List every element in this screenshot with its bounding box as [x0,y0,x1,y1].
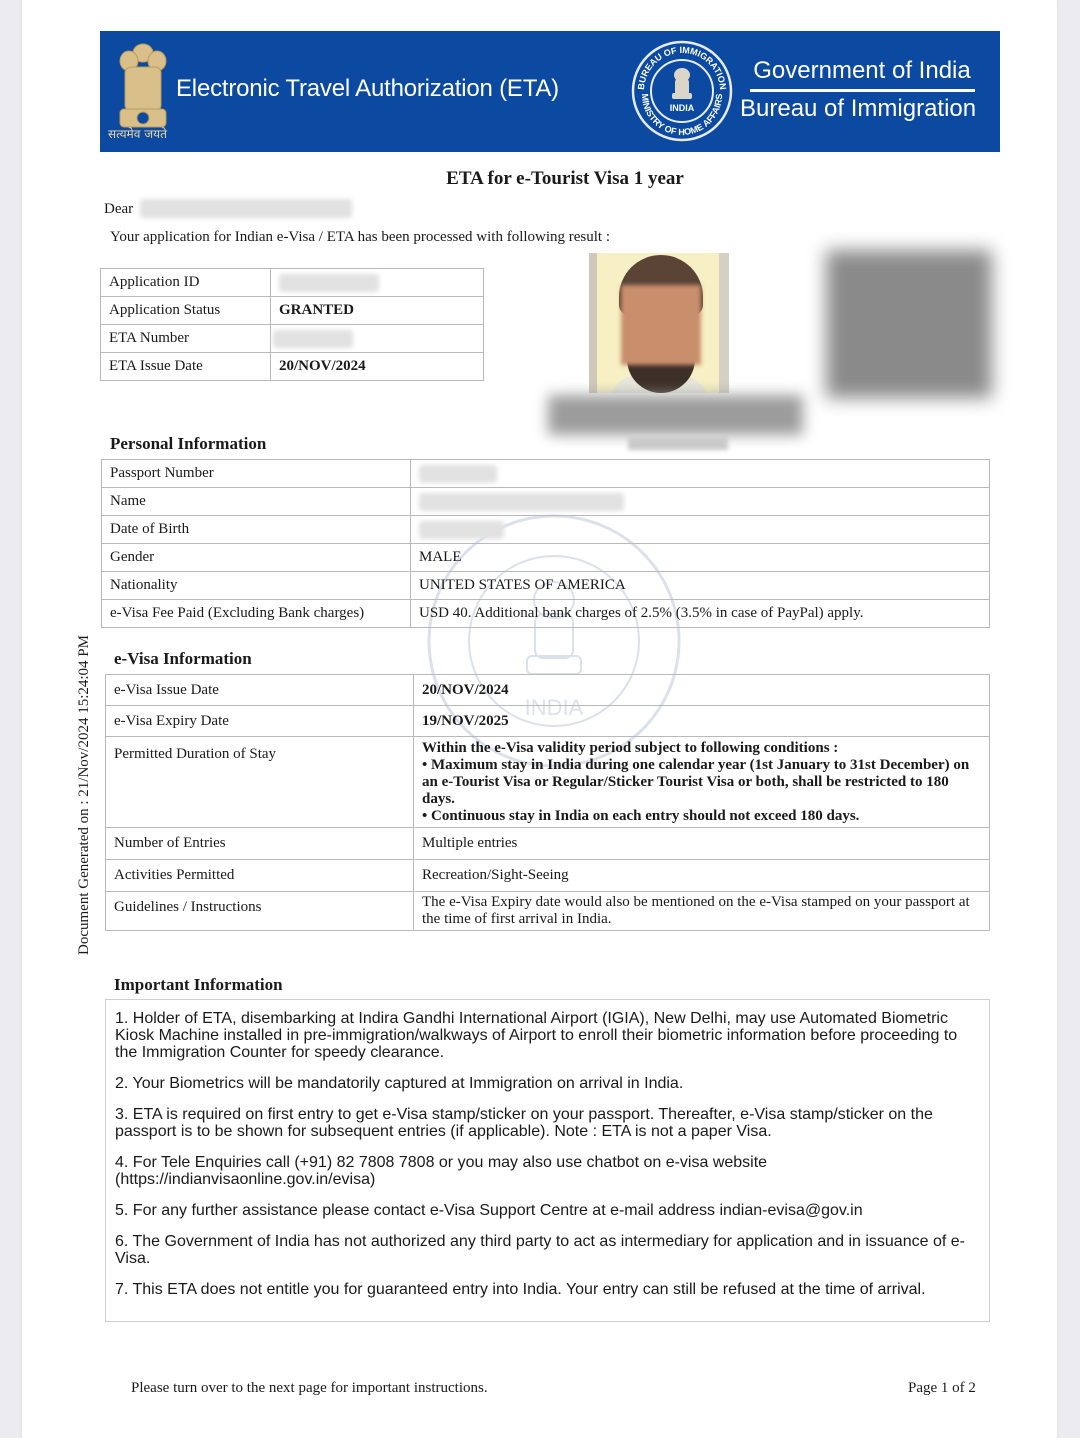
evisa-issue-date-value: 20/NOV/2024 [414,675,990,706]
application-table: Application ID Application Status GRANTE… [100,268,484,381]
emblem-motto: सत्यमेव जयते [108,125,167,142]
name-value [411,488,990,516]
duration-condition-intro: Within the e-Visa validity period subjec… [422,740,981,757]
important-item: 1. Holder of ETA, disembarking at Indira… [115,1010,980,1061]
important-info-heading: Important Information [114,975,283,995]
fee-paid-value: USD 40. Additional bank charges of 2.5% … [411,600,990,628]
table-row: Guidelines / Instructions The e-Visa Exp… [106,892,990,931]
redacted-face [621,285,701,365]
guidelines-label: Guidelines / Instructions [106,892,414,931]
bureau-title: Bureau of Immigration [740,95,976,123]
salutation: Dear [104,201,133,218]
duration-of-stay-value: Within the e-Visa validity period subjec… [414,737,990,828]
table-row: Nationality UNITED STATES OF AMERICA [102,572,990,600]
application-status-value: GRANTED [271,297,484,325]
application-id-value [271,269,484,297]
banner-title: Electronic Travel Authorization (ETA) [176,75,559,103]
table-row: Application Status GRANTED [101,297,484,325]
redacted-applicant-name [140,199,352,218]
table-row: Name [102,488,990,516]
important-item: 7. This ETA does not entitle you for gua… [115,1281,980,1298]
evisa-info-heading: e-Visa Information [114,649,252,669]
government-title: Government of India [750,57,974,85]
table-row: Passport Number [102,460,990,488]
redacted-date-of-birth [419,521,504,539]
redacted-passport-number [419,465,497,483]
table-row: e-Visa Expiry Date 19/NOV/2025 [106,706,990,737]
eta-issue-date-label: ETA Issue Date [101,353,271,381]
eta-number-value [271,325,484,353]
document-title: ETA for e-Tourist Visa 1 year [0,168,1080,190]
footer-note: Please turn over to the next page for im… [131,1380,488,1397]
redacted-name [419,493,624,511]
number-of-entries-label: Number of Entries [106,828,414,860]
duration-condition-max-stay: • Maximum stay in India during one calen… [422,757,981,808]
number-of-entries-value: Multiple entries [414,828,990,860]
table-row: e-Visa Fee Paid (Excluding Bank charges)… [102,600,990,628]
application-id-label: Application ID [101,269,271,297]
important-info-box: 1. Holder of ETA, disembarking at Indira… [105,999,990,1322]
table-row: Number of Entries Multiple entries [106,828,990,860]
intro-text: Your application for Indian e-Visa / ETA… [110,229,610,246]
table-row: Application ID [101,269,484,297]
eta-number-label: ETA Number [101,325,271,353]
table-row: Activities Permitted Recreation/Sight-Se… [106,860,990,892]
passport-number-value [411,460,990,488]
header-banner: सत्यमेव जयते Electronic Travel Authoriza… [100,31,1000,152]
redacted-eta-number [273,330,353,348]
important-item: 5. For any further assistance please con… [115,1202,980,1219]
important-item: 2. Your Biometrics will be mandatorily c… [115,1075,980,1092]
redacted-photo-id [628,437,728,450]
duration-condition-continuous: • Continuous stay in India on each entry… [422,808,981,825]
applicant-photo [589,253,729,393]
duration-of-stay-label: Permitted Duration of Stay [106,737,414,828]
activities-permitted-value: Recreation/Sight-Seeing [414,860,990,892]
redacted-signature-image [826,250,992,398]
table-row: e-Visa Issue Date 20/NOV/2024 [106,675,990,706]
redacted-application-id [279,274,379,292]
bureau-seal-icon: BUREAU OF IMMIGRATION MINISTRY OF HOME A… [630,39,734,143]
name-label: Name [102,488,411,516]
date-of-birth-value [411,516,990,544]
personal-info-heading: Personal Information [110,434,266,454]
table-row: Permitted Duration of Stay Within the e-… [106,737,990,828]
table-row: ETA Issue Date 20/NOV/2024 [101,353,484,381]
table-row: Gender MALE [102,544,990,572]
evisa-issue-date-label: e-Visa Issue Date [106,675,414,706]
redacted-photo-caption [548,395,803,435]
passport-number-label: Passport Number [102,460,411,488]
guidelines-value: The e-Visa Expiry date would also be men… [414,892,990,931]
generated-timestamp: Document Generated on : 21/Nov/2024 15:2… [76,635,93,955]
svg-text:INDIA: INDIA [670,103,695,113]
fee-paid-label: e-Visa Fee Paid (Excluding Bank charges) [102,600,411,628]
personal-info-table: Passport Number Name Date of Birth Gende… [101,459,990,628]
page-number: Page 1 of 2 [908,1380,976,1397]
nationality-label: Nationality [102,572,411,600]
date-of-birth-label: Date of Birth [102,516,411,544]
nationality-value: UNITED STATES OF AMERICA [411,572,990,600]
table-row: ETA Number [101,325,484,353]
eta-issue-date-value: 20/NOV/2024 [271,353,484,381]
activities-permitted-label: Activities Permitted [106,860,414,892]
important-item: 6. The Government of India has not autho… [115,1233,980,1267]
gender-label: Gender [102,544,411,572]
header-divider [750,89,975,92]
evisa-expiry-date-label: e-Visa Expiry Date [106,706,414,737]
table-row: Date of Birth [102,516,990,544]
gender-value: MALE [411,544,990,572]
important-item: 4. For Tele Enquiries call (+91) 82 7808… [115,1154,980,1188]
application-status-label: Application Status [101,297,271,325]
important-item: 3. ETA is required on first entry to get… [115,1106,980,1140]
evisa-info-table: e-Visa Issue Date 20/NOV/2024 e-Visa Exp… [105,674,990,931]
evisa-expiry-date-value: 19/NOV/2025 [414,706,990,737]
